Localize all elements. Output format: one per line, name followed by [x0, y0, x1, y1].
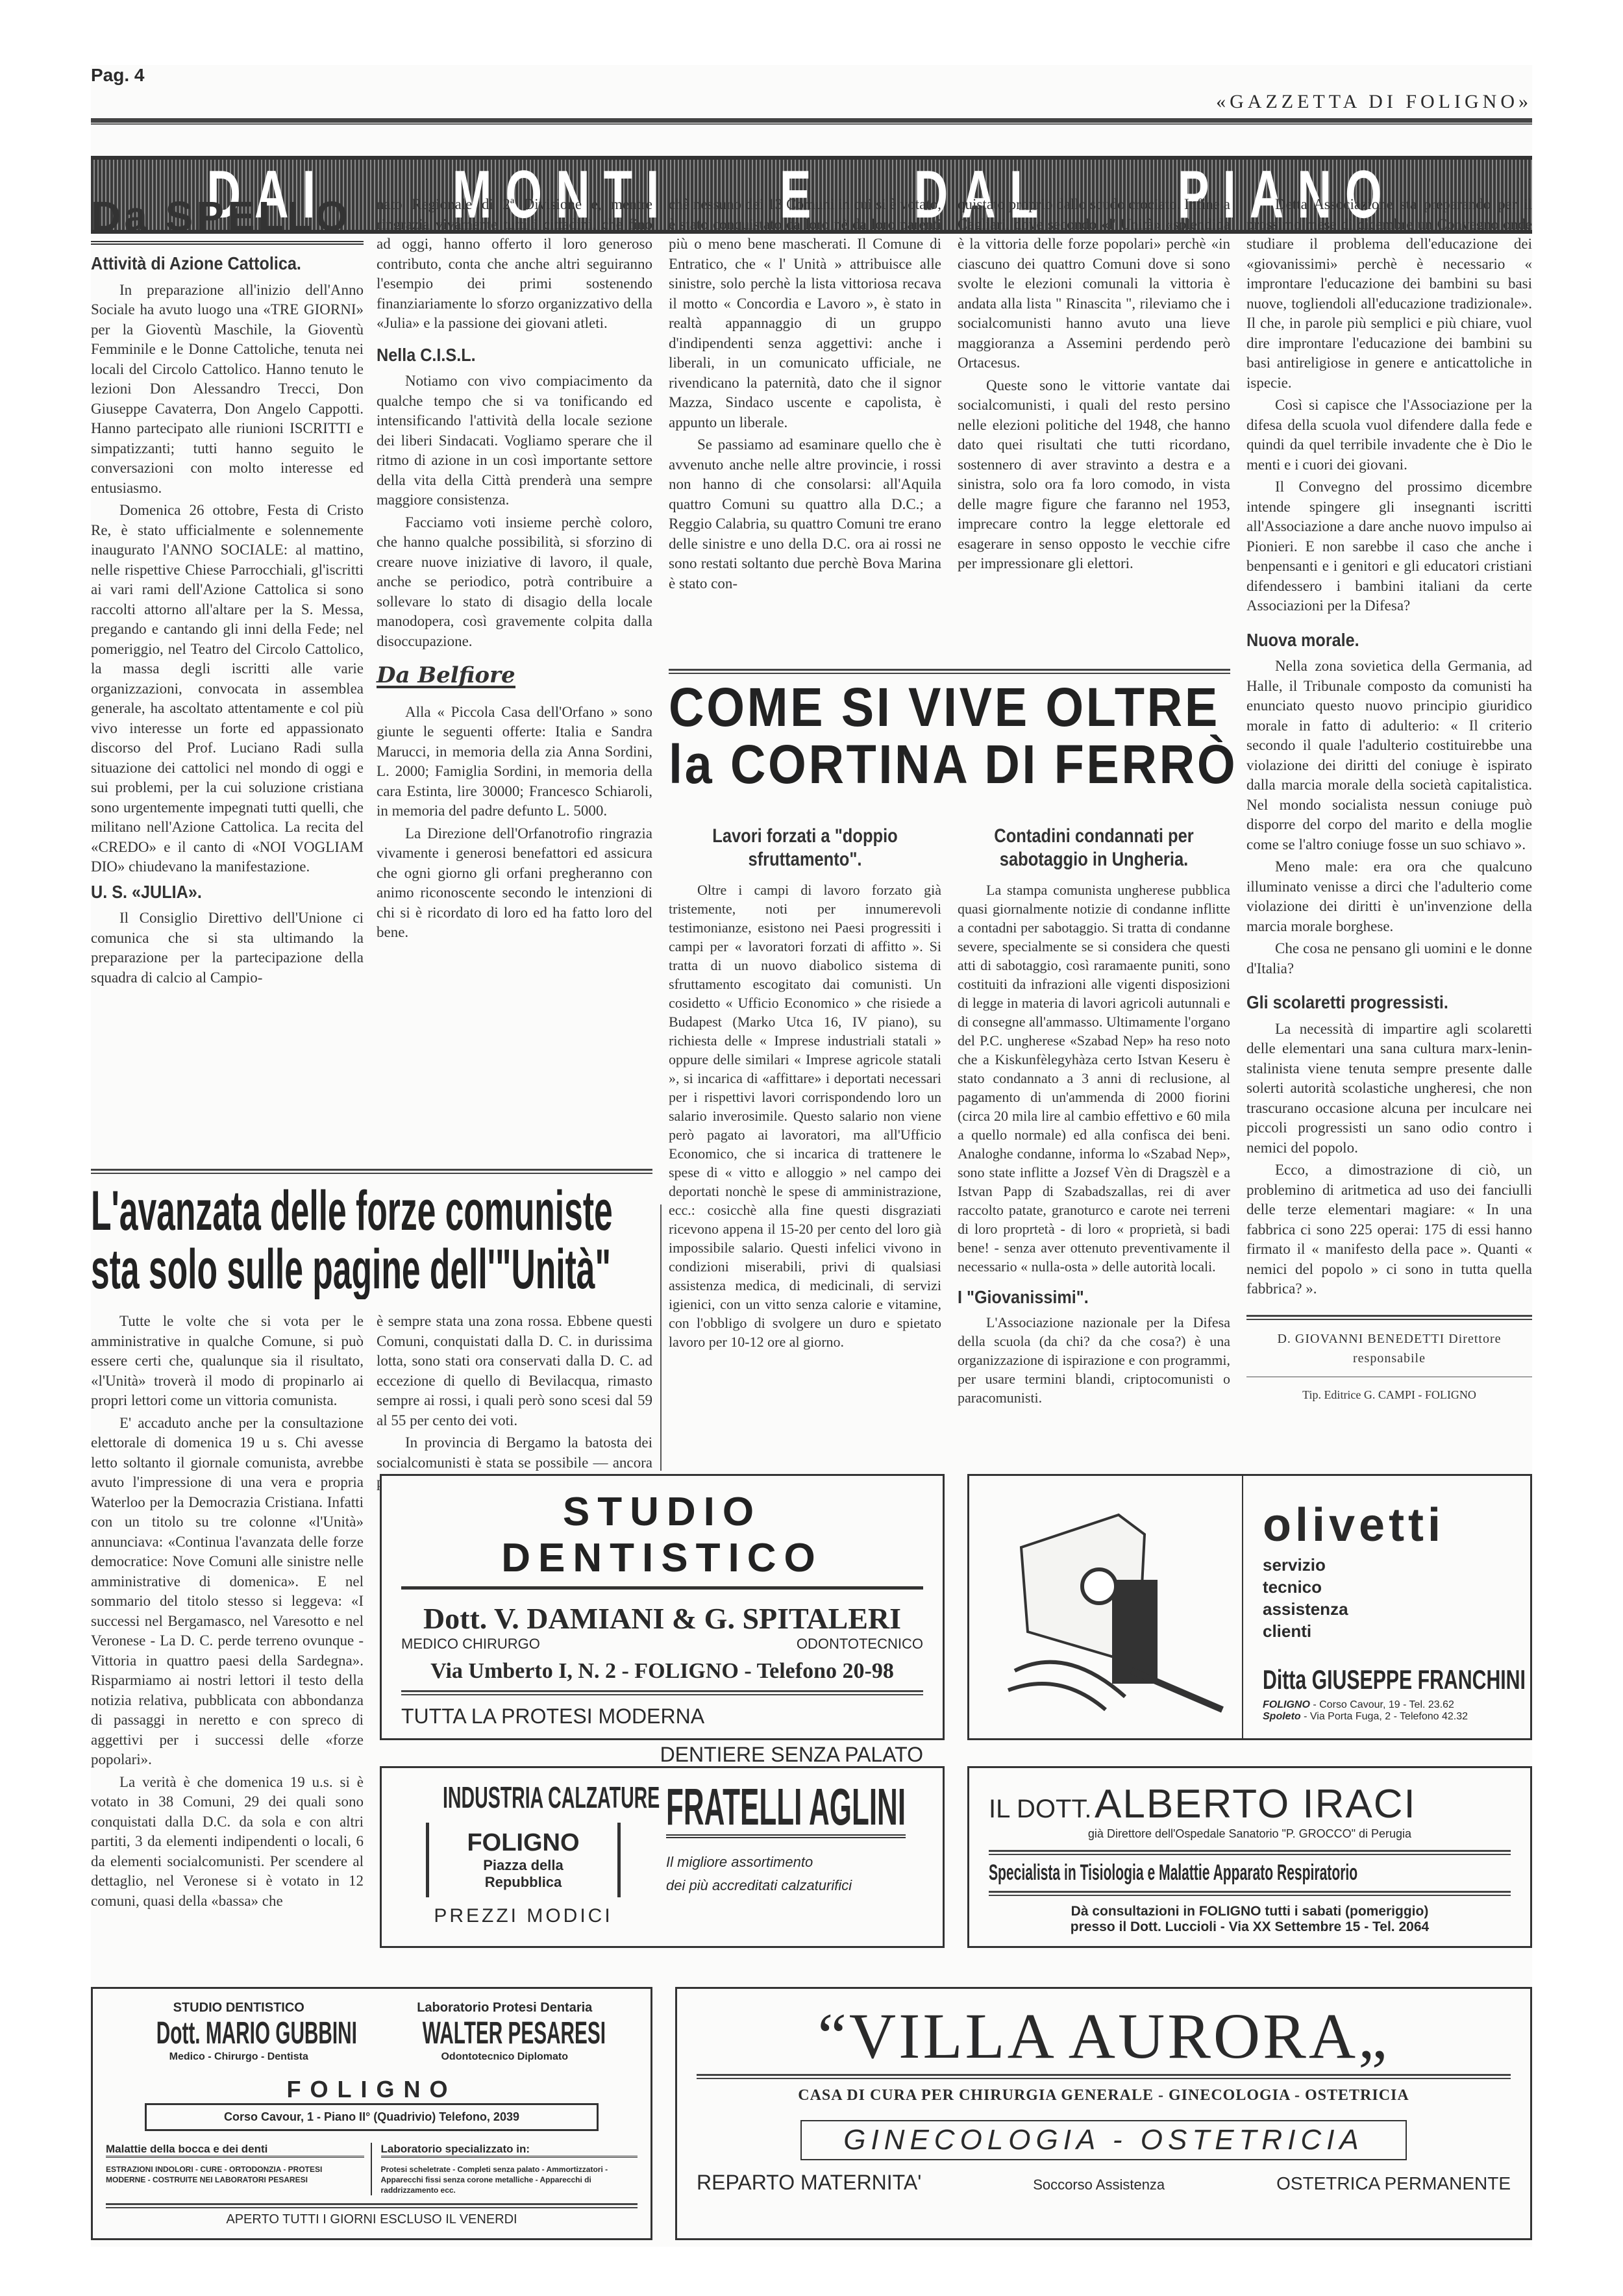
place-heading-belfiore: Da Belfiore — [377, 666, 515, 688]
article-paragraph: Queste sono le vittorie vantate dai soci… — [958, 376, 1230, 574]
ad-role: Odontotecnico Diplomato — [372, 2051, 638, 2063]
header-rule — [91, 118, 1532, 125]
ad-title: STUDIO DENTISTICO — [401, 1489, 923, 1590]
ad-villa-aurora: “VILLA AURORA„ CASA DI CURA PER CHIRURGI… — [675, 1987, 1532, 2240]
ad-list: ESTRAZIONI INDOLORI - CURE - ORTODONZIA … — [106, 2164, 364, 2185]
article-paragraph: Notiamo con vivo compiacimento da qualch… — [377, 371, 652, 510]
article-paragraph: La stampa comunista ungherese pubblica q… — [958, 880, 1230, 1276]
article-paragraph: Il Consiglio Direttivo dell'Unione ci co… — [91, 908, 364, 988]
ad-prices: PREZZI MODICI — [393, 1905, 653, 1927]
ad-prefix: IL DOTT. — [989, 1795, 1092, 1823]
column-cisl-belfiore: nato Regionale di 2ª Divisione e, mentre… — [377, 195, 652, 945]
unita-headline: L'avanzata delle forze comuniste sta sol… — [91, 1182, 652, 1299]
column-spello: Da SPELLO Attività di Azione Cattolica. … — [91, 195, 364, 990]
ad-title: INDUSTRIA CALZATURE — [443, 1780, 604, 1815]
ad-subheading: Laboratorio specializzato in: — [381, 2143, 638, 2158]
ad-doctors: Dott. V. DAMIANI & G. SPITALERI — [401, 1601, 923, 1636]
headline-line: COME SI VIVE OLTRE — [669, 679, 1174, 736]
article-title: Nella C.I.S.L. — [377, 345, 625, 366]
article-paragraph: Alla « Piccola Casa dell'Orfano » sono g… — [377, 703, 652, 821]
ad-specialty: Specialista in Tisiologia e Malattie App… — [989, 1860, 1312, 1886]
ad-title: “VILLA AURORA„ — [697, 2002, 1511, 2070]
ad-name: ALBERTO IRACI — [1095, 1782, 1417, 1827]
ad-consult: Dà consultazioni in FOLIGNO tutti i saba… — [989, 1904, 1511, 1919]
article-paragraph: Che cosa ne pensano gli uomini e le donn… — [1246, 939, 1532, 979]
article-paragraph: La verità è che domenica 19 u.s. si è vo… — [91, 1773, 364, 1912]
ad-subtitle: CASA DI CURA PER CHIRURGIA GENERALE - GI… — [697, 2087, 1511, 2104]
service-line: clienti — [1263, 1620, 1623, 1642]
column-3-top: chè nessuno dei 13 Comuni in cui si è vo… — [669, 195, 941, 596]
director-credit: D. GIOVANNI BENEDETTI Direttore responsa… — [1246, 1329, 1532, 1369]
ad-line: REPARTO MATERNITA' — [697, 2171, 921, 2195]
ad-line: Soccorso Assistenza — [1033, 2177, 1165, 2193]
printer-credit: Tip. Editrice G. CAMPI - FOLIGNO — [1246, 1385, 1532, 1405]
ad-line: OSTETRICA PERMANENTE — [1276, 2173, 1511, 2194]
service-line: assistenza — [1263, 1598, 1623, 1620]
ad-role: Medico - Chirurgo - Dentista — [106, 2051, 372, 2063]
ad-hours: APERTO TUTTI I GIORNI ESCLUSO IL VENERDI — [106, 2212, 638, 2227]
service-line: tecnico — [1263, 1576, 1623, 1598]
article-lavori-forzati: Lavori forzati a "doppio sfruttamento". … — [669, 825, 941, 1354]
divider — [91, 1169, 652, 1174]
address: - Via Porta Fuga, 2 - Telefono 42.32 — [1304, 1711, 1468, 1722]
article-title: Attività di Azione Cattolica. — [91, 254, 336, 274]
article-title: Nuova morale. — [1246, 630, 1504, 651]
article-contadini: Contadini condannati per sabotaggio in U… — [958, 825, 1230, 1410]
column-5: Detta Associazione sta preparando per il… — [1246, 195, 1532, 1404]
divider — [1246, 1315, 1532, 1320]
article-title: Contadini condannati per sabotaggio in U… — [978, 825, 1210, 871]
headline-line: sta solo sulle pagine dell'"Unità" — [91, 1240, 428, 1299]
article-title: I "Giovanissimi". — [958, 1288, 1203, 1306]
column-4-top: quistato proprio dallo scudo crociato. I… — [958, 195, 1230, 577]
ad-name: WALTER PESARESI — [422, 2015, 587, 2051]
ad-studio-dentistico-damiani: STUDIO DENTISTICO Dott. V. DAMIANI & G. … — [380, 1474, 945, 1740]
article-paragraph: Domenica 26 ottobre, Festa di Cristo Re,… — [91, 501, 364, 877]
newspaper-page: Pag. 4 «GAZZETTA DI FOLIGNO» DAI MONTI E… — [91, 65, 1532, 2247]
article-paragraph: Se passiamo ad esaminare quello che è av… — [669, 435, 941, 593]
article-title: Gli scolaretti progressisti. — [1246, 993, 1504, 1013]
article-paragraph: Facciamo voti insieme perchè coloro, che… — [377, 513, 652, 652]
ad-heading: STUDIO DENTISTICO — [106, 2001, 372, 2015]
ad-role-left: MEDICO CHIRURGO — [401, 1636, 540, 1653]
article-paragraph: Tutte le volte che si vota per le ammini… — [91, 1312, 364, 1411]
ad-former-role: già Direttore dell'Ospedale Sanatorio "P… — [989, 1827, 1511, 1841]
ad-name: Dott. MARIO GUBBINI — [156, 2015, 321, 2051]
ad-alberto-iraci: IL DOTT. ALBERTO IRACI già Direttore del… — [967, 1766, 1532, 1948]
place-heading-spello: Da SPELLO — [91, 195, 364, 245]
article-title: U. S. «JULIA». — [91, 882, 336, 903]
ad-line: TUTTA LA PROTESI MODERNA — [401, 1704, 923, 1728]
article-paragraph: E' accaduto anche per la consultazione e… — [91, 1414, 364, 1770]
city: FOLIGNO — [1263, 1699, 1310, 1710]
article-paragraph: Meno male: era ora che qualcuno illumina… — [1246, 857, 1532, 936]
typewriter-illustration — [969, 1476, 1243, 1738]
article-paragraph: quistato proprio dallo scudo crociato. I… — [958, 195, 1230, 373]
article-unita-col-b: è sempre stata una zona rossa. Ebbene qu… — [377, 1312, 652, 1495]
service-line: servizio — [1263, 1554, 1623, 1576]
ad-city: FOLIGNO — [106, 2076, 638, 2103]
ad-heading: Laboratorio Protesi Dentaria — [372, 2001, 638, 2015]
article-paragraph: è sempre stata una zona rossa. Ebbene qu… — [377, 1312, 652, 1430]
article-unita-col-a: Tutte le volte che si vota per le ammini… — [91, 1312, 364, 1914]
headline-line: L'avanzata delle forze comuniste — [91, 1182, 428, 1240]
column-divider — [660, 1204, 662, 1471]
article-paragraph: Detta Associazione sta preparando per il… — [1246, 195, 1532, 393]
divider — [669, 669, 1230, 674]
ad-brand: FRATELLI AGLINI — [666, 1780, 906, 1838]
ad-gubbini-pesaresi: STUDIO DENTISTICO Dott. MARIO GUBBINI Me… — [91, 1987, 652, 2240]
ad-subheading: Malattie della bocca e dei denti — [106, 2143, 364, 2158]
ad-address: Via Umberto I, N. 2 - FOLIGNO - Telefono… — [401, 1659, 923, 1684]
ad-box: GINECOLOGIA - OSTETRICIA — [800, 2120, 1407, 2160]
article-paragraph: L'Associazione nazionale per la Difesa d… — [958, 1313, 1230, 1407]
ad-line: DENTIERE SENZA PALATO — [401, 1743, 923, 1767]
olivetti-logo: olivetti — [1263, 1502, 1623, 1549]
article-paragraph: chè nessuno dei 13 Comuni in cui si è vo… — [669, 195, 941, 432]
ad-fratelli-aglini: INDUSTRIA CALZATURE FOLIGNO Piazza della… — [380, 1766, 945, 1948]
article-paragraph: In preparazione all'inizio dell'Anno Soc… — [91, 281, 364, 499]
article-paragraph: Ecco, a dimostrazione di ciò, un problem… — [1246, 1160, 1532, 1299]
typewriter-icon — [969, 1476, 1242, 1723]
article-paragraph: La necessità di impartire agli scolarett… — [1246, 1019, 1532, 1158]
article-paragraph: nato Regionale di 2ª Divisione e, mentre… — [377, 195, 652, 334]
article-paragraph: Il Convegno del prossimo dicembre intend… — [1246, 477, 1532, 616]
headline-line: la CORTINA DI FERRÒ — [669, 736, 1174, 793]
ad-list: Protesi scheletrate - Completi senza pal… — [381, 2164, 638, 2195]
cortina-headline: COME SI VIVE OLTRE la CORTINA DI FERRÒ — [669, 679, 1230, 793]
article-paragraph: Oltre i campi di lavoro forzato già tris… — [669, 880, 941, 1351]
ad-role-right: ODONTOTECNICO — [797, 1636, 923, 1653]
ad-address: Piazza della Repubblica — [429, 1857, 617, 1891]
article-paragraph: Nella zona sovietica della Germania, ad … — [1246, 656, 1532, 855]
article-paragraph: Così si capisce che l'Associazione per l… — [1246, 395, 1532, 475]
city: Spoleto — [1263, 1711, 1301, 1722]
ad-address: Corso Cavour, 1 - Piano II° (Quadrivio) … — [145, 2103, 599, 2131]
article-paragraph: La Direzione dell'Orfanotrofio ringrazia… — [377, 824, 652, 943]
ad-city: FOLIGNO — [429, 1829, 617, 1857]
address: - Corso Cavour, 19 - Tel. 23.62 — [1313, 1699, 1454, 1710]
ad-consult: presso il Dott. Luccioli - Via XX Settem… — [989, 1919, 1511, 1935]
article-title: Lavori forzati a "doppio sfruttamento". — [689, 825, 921, 871]
newspaper-name: «GAZZETTA DI FOLIGNO» — [1216, 91, 1532, 113]
page-number: Pag. 4 — [91, 65, 144, 86]
dealer-name: Ditta GIUSEPPE FRANCHINI — [1263, 1664, 1526, 1695]
ad-olivetti: olivetti servizio tecnico assistenza cli… — [967, 1474, 1532, 1740]
